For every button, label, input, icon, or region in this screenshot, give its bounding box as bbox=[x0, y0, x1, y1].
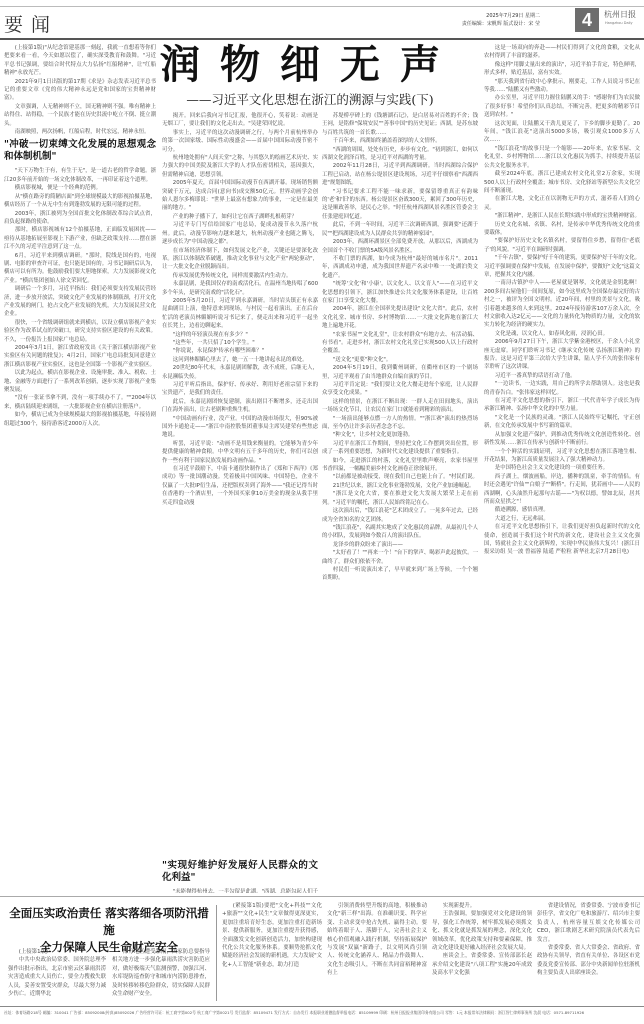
section-subhead: "冲破一切束缚文化发展的思想观念和体制机制" bbox=[4, 139, 156, 163]
paragraph: 横店影视城，便是一个经典的范例。 bbox=[4, 184, 156, 192]
paragraph: 2004年，浙江在全国率先提出建设"文化大省"。此后，农村文化礼堂、城市书房、乡… bbox=[322, 305, 478, 330]
paragraph: 千百年来，西湖始终涵盖着深厚的人文情怀。 bbox=[322, 137, 478, 145]
paragraph: 引领消费转型升级的高地，积极推动文化"新三样"出海。在准确识变、科学应变、主动求… bbox=[327, 902, 427, 978]
paragraph: "文化是一个民族的灵魂。"浙江人民始终牢记嘱托，守正创新，在文化传承发展中书写新… bbox=[484, 414, 640, 431]
paragraph: 截至2024年底，浙江已建成农村文化礼堂2万余家，实现500人以上行政村全覆盖；… bbox=[484, 170, 640, 195]
paragraph: 那时，横店影视城有12个拍摄基地，正面临发展困扰——亟待从基地拓展至影视上下游产… bbox=[4, 226, 156, 251]
paragraph: 揭开。回来后我向习书记汇报，他很开心，笑着说：动画是无烟工厂，要让我们的文化走出… bbox=[162, 112, 318, 129]
paragraph: 事实上，习近平的这次动漫调研之行，与两个月前杭州举办的第一次国家级、国际性动漫盛… bbox=[162, 129, 318, 154]
paragraph: 这是一场双向的奔赴——村民们得到了文化的食粮，文化从农村得到了丰富的滋养。 bbox=[484, 44, 640, 61]
date-editor-info: 2025年7月29日 星期二 责任编辑：宋帆辉 版式设计：宋 莹 bbox=[462, 12, 540, 28]
paragraph: (上接第1版)"从纪念馆建基那一刻起，我就一直想着等你们把要来看一看，今天如愿以… bbox=[4, 44, 156, 78]
page-number-badge: 4 bbox=[575, 8, 599, 32]
paragraph: 办公室里，习近平用力握住陆鹏又的手："感谢你们为农民做了很多好事！希望你们认真总… bbox=[484, 94, 640, 119]
paragraph: "一场演出能够点燃一方人的热情。""浙江赛"演出的热烈场面，至今仍让许多亲历者念… bbox=[322, 415, 478, 432]
paragraph: "送文化"更要"种文化"。 bbox=[322, 356, 478, 364]
column-separator bbox=[216, 905, 217, 1001]
paragraph: 在习近平文化思想指引下，让我们更好担负起新时代的文化使命，创造属于我们这个时代的… bbox=[484, 523, 640, 557]
article-column-2-bottom: "实现好维护好发展好人民群众的文化利益" "未能抛得杭州去，一半勾留是此湖。"西… bbox=[162, 857, 318, 893]
paragraph: "天下万物生于有，有生于无"，是一道古老的哲学命题。浙江20多年前开始的一场文化… bbox=[4, 167, 156, 184]
paragraph: 一个个鲜活的实践证明，习近平文化思想在浙江落地生根、开花结果，为浙江高质量发展注… bbox=[484, 448, 640, 465]
paragraph: "一边读书，一边实践，用自己的所学去帮助别人。这也是我的青春告白。"张伟家这样回… bbox=[484, 380, 640, 397]
paragraph: 21世纪以来，浙江文化事业蓬勃发展，文化产业加速崛起。 bbox=[322, 482, 478, 490]
paragraph: 从加强文化遗产保护，到推动优秀传统文化创造性转化、创新性发展……浙江在传承与创新… bbox=[484, 431, 640, 448]
paragraph: "没有一张证书拿不到，没有一项手续办不了。""2004年以来，横店陆续迎来剧组，… bbox=[4, 394, 156, 411]
paragraph: 2005年夏天，首届中国国际动漫节在西湖开幕。现场销售额突破千万元，达成合同(意… bbox=[162, 179, 318, 213]
paragraph: 历史文化名城、名镇、名村，是传承中华优秀传统文化的重要载体。 bbox=[484, 221, 640, 238]
paragraph: "你说说，永昆保护传承有哪些困难？" bbox=[162, 347, 318, 355]
paragraph: 2021年9月1日出版的第17期《求是》杂志发表习近平总书记的重要文章《党的伟大… bbox=[4, 78, 156, 103]
paragraph: "要保护好历史文化名镇名村，要留得住乡愁，留得住'老底子'的风貌。"习近平在调研… bbox=[484, 237, 640, 254]
paragraph: "中国动画有行业，没产业。中国的动漫市场很大，但90%被国外卡通抢走——"浙江中… bbox=[162, 415, 318, 440]
paragraph: 习近平肯定说："我们要让文化大餐走进每个家庭，让人民群众享受文化成果。" bbox=[322, 381, 478, 398]
paragraph: 调研后一个多月，习近平指出：我们必须要支持发展民营经济，进一步放开放活，突破文化… bbox=[4, 285, 156, 319]
paragraph: 很快，一个省级调研组就来到横店，以设立横店影视产业实验区作为改革试点的突破口，研… bbox=[4, 319, 156, 344]
continuation-column-3: 实现新提升。 王浩强调，要加强党对文化建设的领导，强化工作统筹，树牢抓发展必须抓… bbox=[432, 902, 532, 1004]
newspaper-logo: 杭州日报 bbox=[604, 9, 636, 20]
paragraph: "浙江是文化大省，要在推进文化大发展大繁荣上走在前列。"习近平的嘱托，浙江人民始… bbox=[322, 490, 478, 507]
paragraph: 从"横在路旁的简陋店面"到全球规模最大的影视拍摄基地，横店经历了一个从无中生有到… bbox=[4, 193, 156, 210]
paragraph: 产业的种子播下了，如何让它在西子湖畔扎根萌芽？ bbox=[162, 213, 318, 221]
paragraph: 中共中央政治局常委、国务院总理李强作出批示指出，北京市密云区暴雨洪涝灾害造成重大… bbox=[8, 956, 106, 998]
paragraph: 此后，永嘉昆剧团恢复建制，演出剧目不断增多，还走出国门在海外演出，让古老剧种重焕… bbox=[162, 398, 318, 415]
paragraph: 2003年，浙江被列为全国首批文化体制改革综合试点省，肩负起探路的使命。 bbox=[4, 210, 156, 227]
imprint-footer: 社址：体育场路218号 邮编：310041 广告部：85092008(传真)85… bbox=[0, 1006, 644, 1018]
paragraph: 这次见面，让陆鹏又干劲儿更足了，下乡的脚步更勤了。20年间，"钱江浪花"送演出5… bbox=[484, 120, 640, 145]
paragraph: (紧接第1版)要把"文化+科技""文化+旅游""文化+民生"文章做得更深更实，更… bbox=[222, 902, 322, 969]
paragraph: 这问到林媚媚心里去了，她一五一十地讲起永昆的难处。 bbox=[162, 356, 318, 364]
paragraph: 永嘉昆剧，是我国仅存的南戏活化石，在温州当地传唱了600多个年头，是研究南戏的"… bbox=[162, 280, 318, 297]
paragraph: 20世纪80年代末，永嘉昆剧团解散，改不成班，后继无人，永昆濒临失传。 bbox=[162, 364, 318, 381]
paragraph: 大道之行，无远弗届。 bbox=[484, 515, 640, 523]
paragraph: 在市场经济体制下，如何发展文化产业，关键还是要深化改革。浙江以体制改革破题，推动… bbox=[162, 247, 318, 272]
paragraph: "统筹'文化'和'小康'，以文化人、以文育人"——在习近平文化思想的引领下，浙江… bbox=[322, 280, 478, 305]
paragraph: 习近平在浙江工作期间，坚持把文化工作摆到突出位置，形成了一系列重要思想，为新时代… bbox=[322, 440, 478, 457]
paragraph: "千年古镇"，要保护好千年的建筑，更要保护好千年的文化。习近平强调要在保护中发展… bbox=[484, 254, 640, 279]
paragraph: 6月，习近平来到横店调研。"那时，院线是国有的，电视剧、电影的审查许可证，也只能… bbox=[4, 252, 156, 286]
paragraph: 不收门票的西湖，如今成为杭州"最好的城市名片"。2011年，西湖成功申遗，成为我… bbox=[322, 255, 478, 280]
paragraph: (上接第1版) bbox=[8, 948, 106, 956]
paragraph: 2004年3月1日，浙江省政府发出《关于浙江横店影视产业实验区有关问题的批复》；… bbox=[4, 344, 156, 369]
article-headline: 润物细无声 bbox=[140, 42, 480, 88]
editor-line: 责任编辑：宋帆辉 版式设计：宋 莹 bbox=[462, 20, 540, 28]
paragraph: "这样的年轻演员现在有多少？" bbox=[162, 331, 318, 339]
paragraph: "钱江浪花"，名副其实地成了文化惠民的品牌。从最初几个人的小团队，发展到如今数百… bbox=[322, 524, 478, 541]
paragraph: 实现新提升。 bbox=[432, 902, 532, 910]
headline-line-1: 全面压实政治责任 落实落细各项防汛措施 bbox=[4, 905, 214, 939]
paragraph: 2006年9月27日下午，浙江大学紫金港校区，千余人小礼堂座无虚席。同学们聆听习… bbox=[484, 338, 640, 372]
paragraph: 以此为起点，横店在影视企业、设施审批、准入、税收、土地、金融等方面进行了一系列改… bbox=[4, 369, 156, 394]
paragraph: "那天我到省行政中心拿批示，刚要走，工作人员说习书记在等我……"陆鹏又有些激动。 bbox=[484, 78, 640, 95]
paragraph: 王浩强调，要加强党对文化建设的领导，强化工作统筹，树牢抓发展必须抓文化、抓文化就… bbox=[432, 910, 532, 952]
paragraph: 传承发展优秀传统文化，同样需要激活内生动力。 bbox=[162, 272, 318, 280]
paragraph: "浙江精神"，是浙江人民在长期实践中形成的宝贵精神财富。 bbox=[484, 212, 640, 220]
section-divider bbox=[0, 896, 644, 897]
paragraph: 文章强调，人无精神则不立，国无精神则不强。唯有精神上站得住、站得稳，一个民族才能… bbox=[4, 103, 156, 128]
paragraph: 南湖映照，两次扬帆，红船启程，时代宏远，精神永恒。 bbox=[4, 128, 156, 136]
paragraph: 如今，横店已成为全球规模最大的影视拍摄基地，年接待剧组超过300个，接待游客近2… bbox=[4, 411, 156, 428]
paragraph: 在浙江大地，文化正在以润物无声的方式，滋养着人们的心灵。 bbox=[484, 195, 640, 212]
section-subhead: "实现好维护好发展好人民群众的文化利益" bbox=[162, 860, 318, 884]
paragraph: 文化是魂，以文化人，如春风化雨，浸润心田。 bbox=[484, 330, 640, 338]
paragraph: "钱江浪花"的故事只是一个缩影——20年来，农家书屋、文化礼堂、乡村博物馆……浙… bbox=[484, 145, 640, 170]
paragraph: 一南浔古镇护中人——老屋就是钢琴，文化就是金钥匙啊！200多间古屋他们一间间复原… bbox=[484, 279, 640, 329]
paragraph: 听罢，习近平说："动画不是用钱来衡量的。它能够为青少年提供健康的精神食粮。中华文… bbox=[162, 440, 318, 465]
paragraph: 2002年11月28日，习近平到西湖调研。当时西湖综合保护工程已启动，站在杨公堤… bbox=[322, 162, 478, 187]
paragraph: 这次演出后，"钱江浪花"艺术团成立了。一晃多年过去，已经成为全省知名的文艺团体。 bbox=[322, 507, 478, 524]
paragraph: 部分地区遭受暴雨，国家防总要指导相关地方进一步强化暴雨洪涝灾害防范应对，做好极端… bbox=[112, 948, 210, 998]
page-header: 要闻 2025年7月29日 星期二 责任编辑：宋帆辉 版式设计：宋 莹 4 杭州… bbox=[0, 0, 644, 40]
paragraph: 西子湖上，烟波画船，岸边，播种的凯童，牵手的情侣。有时还会遇见"许仙""白娘子"… bbox=[484, 473, 640, 507]
paragraph: "这些年，一共只招了10个学生。" bbox=[162, 339, 318, 347]
paragraph: "未能抛得杭州去，一半勾留是此湖。"西湖，总能勾起人们千年的眷恋，写满千年的幻化… bbox=[162, 888, 318, 893]
paragraph: 在习近平文化思想的指引下，浙江一代代青年学子成长为传承浙江精神、弘扬中华文化的中… bbox=[484, 397, 640, 414]
article-column-3: 苏堤桥亭碑上的《钱塘湖石记》，是白居易对百姓的不舍；钱王祠，是铭修"保境安民""… bbox=[322, 112, 478, 892]
paragraph: 像这样"用脚丈量出来的演出"，习近平拍手肯定，特色鲜明，形式多样，贴近基层，富有… bbox=[484, 61, 640, 78]
bottom-article-column-1: (上接第1版) 中共中央政治局常委、国务院总理李强作出批示指出，北京市密云区暴雨… bbox=[8, 948, 106, 1004]
paragraph: 在习近平鼓励下，中南卡通很快制作出了《郑和下西洋》《郑成功》等一批国潮动漫。凭着… bbox=[162, 465, 318, 507]
continuation-column-2: 引领消费转型升级的高地，积极推动文化"新三样"出海。在准确识变、科学应变、主动求… bbox=[327, 902, 427, 1004]
paragraph: "太好看了！""再来一个！"台下的掌声、喝彩声此起彼伏。一曲终了，群众们依依不舍… bbox=[322, 549, 478, 566]
paragraph: "农家书屋""文化礼堂"，让农村群众"有地方去、有活动搞、有书看"。走进乡村，浙… bbox=[322, 331, 478, 356]
newspaper-logo-subtitle: Hangzhou Daily bbox=[605, 21, 633, 25]
paragraph: 杭州地处拥有"人间天堂"之称，与其悠久的绘画艺术历史、实力强大的中国美院及浙江大… bbox=[162, 154, 318, 179]
paragraph: "西湖的周围，处处有历史，步步有文化。"初到浙江，如何以西湖文化润泽百姓，是习近… bbox=[322, 146, 478, 163]
article-column-1: (上接第1版)"从纪念馆建基那一刻起，我就一直想着等你们把要来看一看，今天如愿以… bbox=[4, 44, 156, 892]
continuation-column-1: (紧接第1版)要把"文化+科技""文化+旅游""文化+民生"文章做得更深更实，更… bbox=[222, 902, 322, 1004]
article-subtitle: ——习近平文化思想在浙江的溯源与实践(下) bbox=[140, 90, 480, 108]
paragraph: 省建设情况，省委常委、宁波市委书记彭佳学，省文化广电和旅游厅、绍兴市主要负责人，… bbox=[537, 902, 640, 944]
header-rule bbox=[0, 38, 644, 40]
paragraph: 习近平听后指出，保护好、传承好、利用好老祖宗留下来的宝贵遗产，是我们的责任。 bbox=[162, 381, 318, 398]
paragraph: 2003年，西湖环湖景区全部免费开放。从那以后，西湖成为全国首个不收门票的5A级… bbox=[322, 238, 478, 255]
paragraph: 村民们一听说演出来了，早早就来到广场上等候，一个个翘首期盼。 bbox=[322, 566, 478, 583]
paragraph: "种文化"，让乡村文化更加蓬勃。 bbox=[322, 431, 478, 439]
paragraph: 省委常委、省人大常委会、省政府、省政协有关领导，省直有关单位、各设区市党委及党委… bbox=[537, 944, 640, 978]
paragraph: 此后，不到一年时间，习近平三次调研西湖，强调要"还湖于民""把西湖建设成为人民群… bbox=[322, 221, 478, 238]
paragraph: 龙泽乡的群众盼来了演出—— bbox=[322, 541, 478, 549]
paragraph: 2005年5月20日，习近平到永嘉调研。当时岩头镇正有永嘉昆曲剧目上演，他特意来… bbox=[162, 297, 318, 331]
paragraph: 座谈会上，省委常委、宣传部部长赵承介绍文化建设"八项工程"实施20年成效及高水平… bbox=[432, 952, 532, 977]
paragraph: "以前都是被动接受，现在我们自己也能上台了。"村民们说。 bbox=[322, 473, 478, 481]
section-title: 要闻 bbox=[4, 10, 58, 37]
continuation-column-4: 省建设情况，省委常委、宁波市委书记彭佳学，省文化广电和旅游厅、绍兴市主要负责人，… bbox=[537, 902, 640, 1004]
paragraph: 习近平专门写信给国家广电总局，促成动漫节永久落户杭州。此后，动漫节影响力越来越大… bbox=[162, 221, 318, 246]
paragraph: 2004年5月19日，我到衢州调研，在衢州市区的一个剧场里，习近平观看了由当地群… bbox=[322, 364, 478, 381]
paragraph: 这样的情景，在浙江不断出现：一群人走在田间地头，演出一场场文化节目，让农民在家门… bbox=[322, 398, 478, 415]
bottom-article-column-2: 部分地区遭受暴雨，国家防总要指导相关地方进一步强化暴雨洪涝灾害防范应对，做好极端… bbox=[112, 948, 210, 1004]
paragraph: 循迹溯源，感悟真理。 bbox=[484, 506, 640, 514]
date-line: 2025年7月29日 星期二 bbox=[462, 12, 540, 20]
paragraph: 是中国特色社会主义文化建设的一项重要任务。 bbox=[484, 464, 640, 472]
paragraph: 如今，走进浙江的村落，文化礼堂里歌声嘹亮，农家书屋里书香四溢，一幅幅美丽乡村文化… bbox=[322, 457, 478, 474]
header-top-rule bbox=[0, 6, 644, 7]
article-column-4: 这是一场双向的奔赴——村民们得到了文化的食粮，文化从农村得到了丰富的滋养。 像这… bbox=[484, 44, 640, 892]
article-column-2: 揭开。回来后我向习书记汇报，他很开心，笑着说：动画是无烟工厂，要让我们的文化走出… bbox=[162, 112, 318, 857]
paragraph: 苏堤桥亭碑上的《钱塘湖石记》，是白居易对百姓的不舍；钱王祠，是铭修"保境安民""… bbox=[322, 112, 478, 137]
paragraph: "习书记要求工程不能一味求新，要保留尊重真正有韵味的'老'和'旧'的东西。杨公堤… bbox=[322, 188, 478, 222]
paragraph: 习近平一番真挚的话语打动了他。 bbox=[484, 372, 640, 380]
